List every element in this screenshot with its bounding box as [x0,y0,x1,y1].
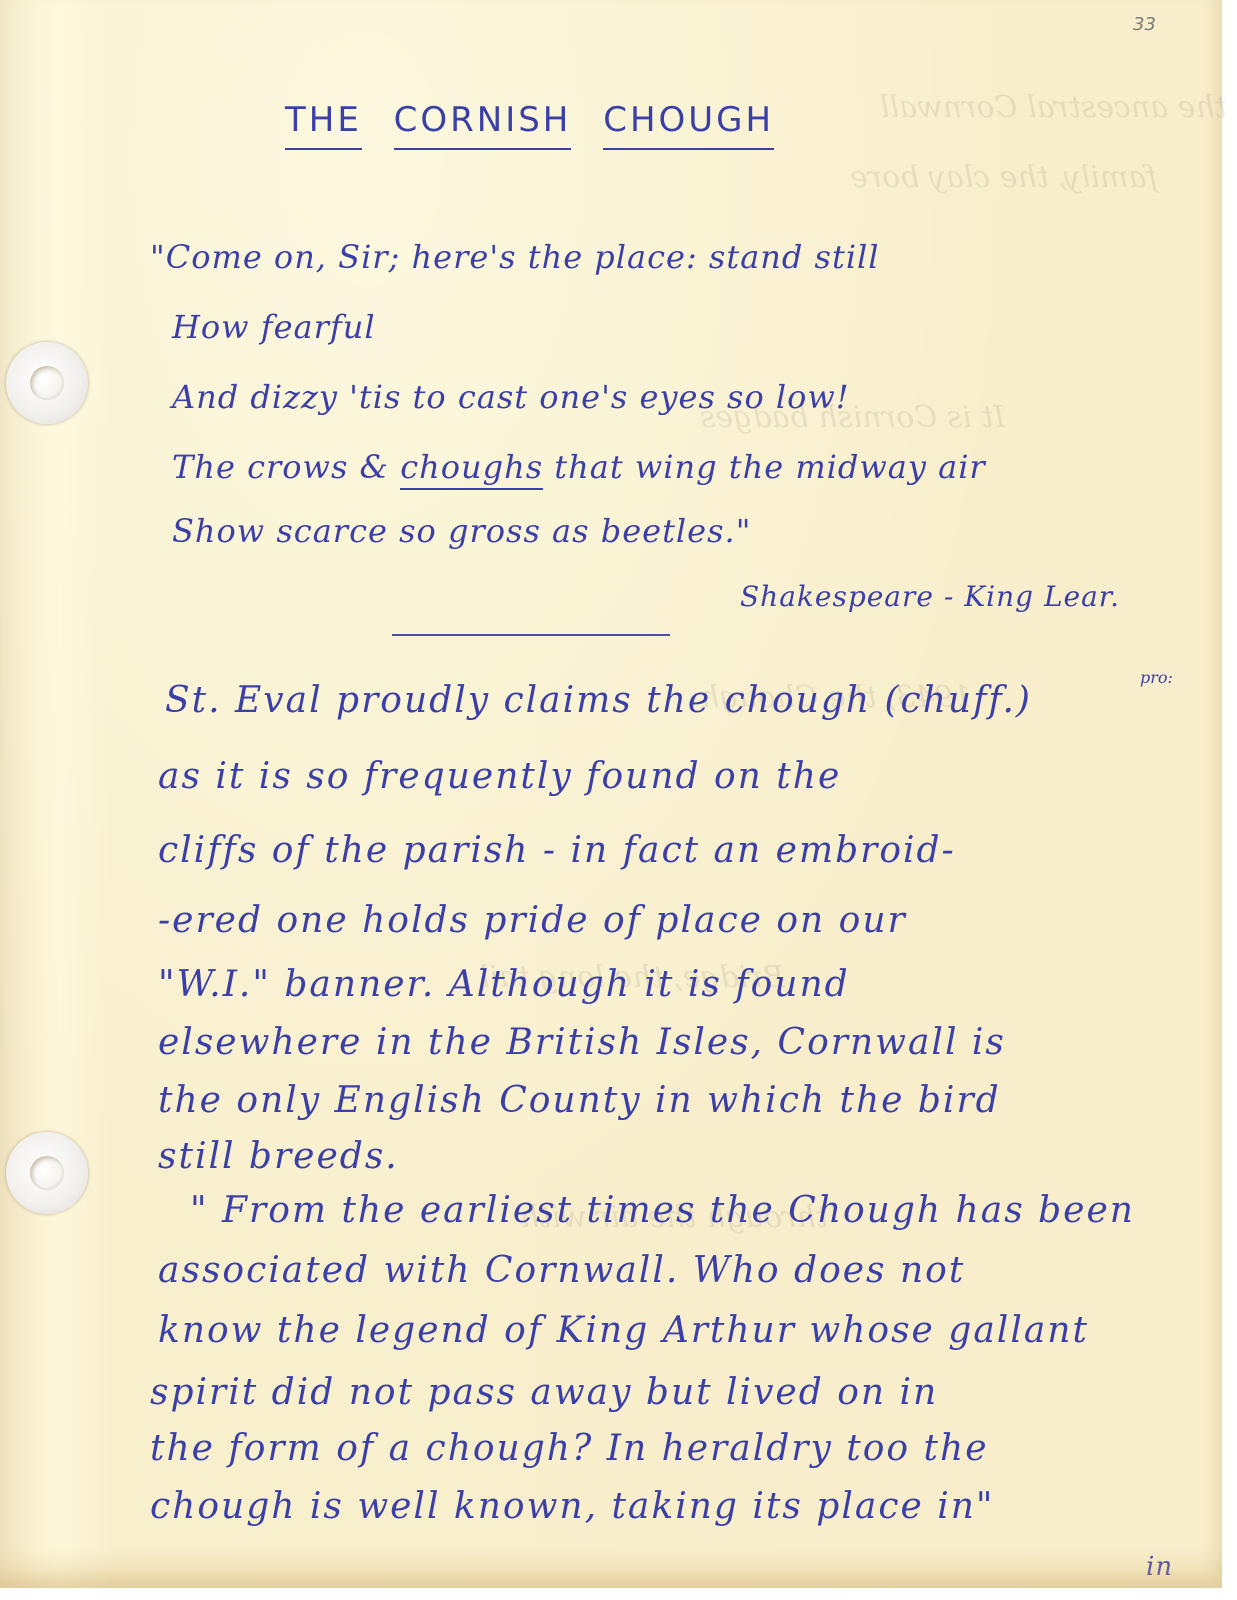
poem-line: Show scarce so gross as beetles." [172,512,751,550]
body-line: chough is well known, taking its place i… [150,1486,994,1527]
body-line: know the legend of King Arthur whose gal… [158,1310,1089,1351]
punch-hole-reinforcement-icon [6,1132,88,1214]
punch-hole [30,1156,64,1190]
show-through-text: family, the clay bore [850,160,1157,195]
attribution: Shakespeare - King Lear. [740,580,1120,613]
poem-line-start: The crows & [172,448,400,486]
body-line: " From the earliest times the Chough has… [190,1190,1135,1231]
show-through-text: the ancestral Cornwall [880,90,1227,125]
punch-hole [30,366,64,400]
page-number: 33 [1133,14,1156,35]
section-divider [392,634,670,636]
title-word: CHOUGH [603,100,774,150]
title-word: CORNISH [394,100,572,150]
punch-hole-reinforcement-icon [6,342,88,424]
poem-line: And dizzy 'tis to cast one's eyes so low… [172,378,850,416]
body-line: -ered one holds pride of place on our [158,900,907,941]
page-title: THE CORNISH CHOUGH [285,100,792,150]
underlined-word: choughs [400,448,543,490]
poem-line: How fearful [172,308,376,346]
pronunciation-note: pro: [1140,668,1173,687]
body-line: "W.I." banner. Although it is found [158,964,850,1005]
notebook-page: the ancestral Cornwall family, the clay … [0,0,1222,1588]
poem-line: "Come on, Sir; here's the place: stand s… [150,238,880,276]
catchword: in [1146,1552,1173,1582]
poem-line: The crows & choughs that wing the midway… [172,448,986,486]
body-line: as it is so frequently found on the [158,756,841,797]
body-line: the only English County in which the bir… [158,1080,1001,1121]
body-line: spirit did not pass away but lived on in [150,1372,938,1413]
body-line: elsewhere in the British Isles, Cornwall… [158,1022,1006,1063]
body-line: still breeds. [158,1136,399,1177]
title-word: THE [285,100,362,150]
body-line: associated with Cornwall. Who does not [158,1250,965,1291]
body-line: cliffs of the parish - in fact an embroi… [158,830,956,871]
body-line: St. Eval proudly claims the chough (chuf… [165,680,1032,721]
poem-line-end: that wing the midway air [543,448,986,486]
body-line: the form of a chough? In heraldry too th… [150,1428,989,1469]
